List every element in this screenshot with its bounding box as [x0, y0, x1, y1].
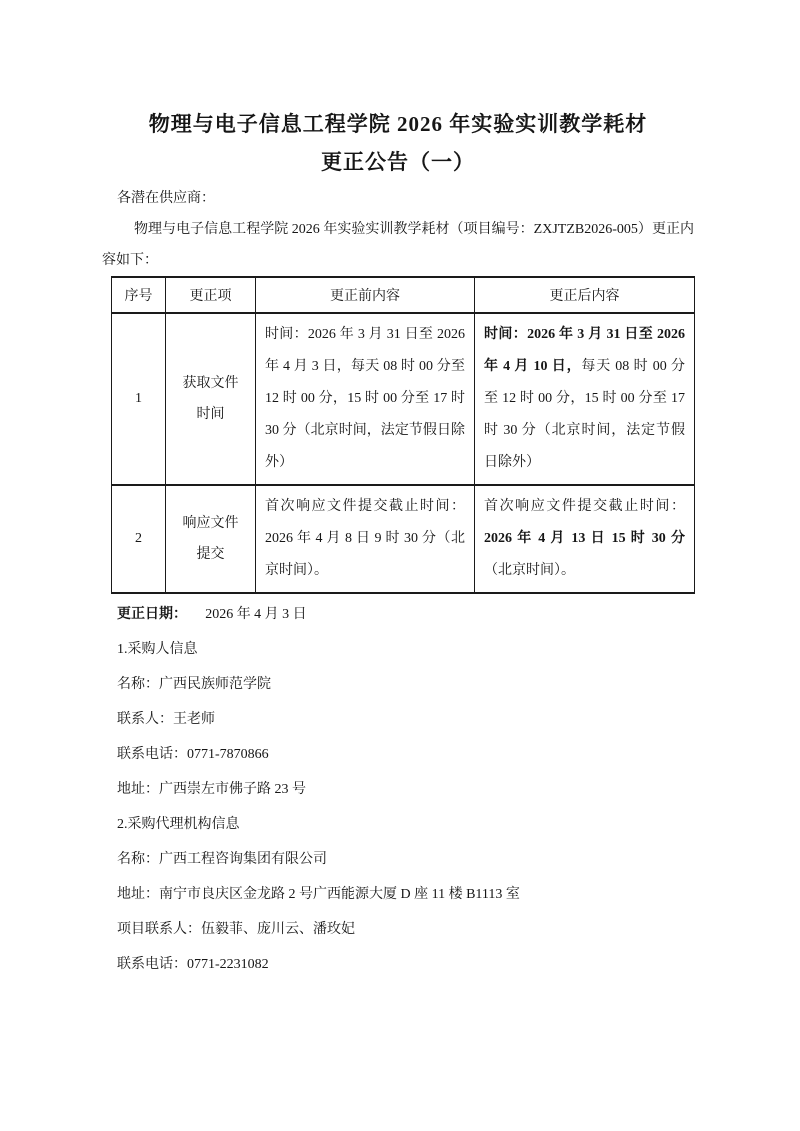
cell-item: 获取文件 时间 — [166, 313, 256, 485]
cell-item: 响应文件 提交 — [166, 485, 256, 593]
correction-date-line: 更正日期：2026 年 4 月 3 日 — [102, 597, 694, 632]
col-header-seq: 序号 — [112, 277, 166, 313]
buyer-section-heading: 1.采购人信息 — [102, 632, 694, 667]
col-header-item: 更正项 — [166, 277, 256, 313]
table-header-row: 序号 更正项 更正前内容 更正后内容 — [112, 277, 695, 313]
agency-section-heading: 2.采购代理机构信息 — [102, 807, 694, 842]
cell-after-prefix-text: 首次响应文件提交截止时间： — [484, 499, 685, 514]
cell-item-line1: 获取文件 — [168, 368, 253, 399]
agency-contact-persons: 项目联系人：伍毅菲、庞川云、潘玫妃 — [102, 912, 694, 947]
cell-after-rest-text: （北京时间）。 — [484, 563, 575, 578]
cell-after: 时间：2026 年 3 月 31 日至 2026 年 4 月 10 日，每天 0… — [475, 313, 695, 485]
buyer-phone: 联系电话：0771-7870866 — [102, 737, 694, 772]
agency-address: 地址：南宁市良庆区金龙路 2 号广西能源大厦 D 座 11 楼 B1113 室 — [102, 877, 694, 912]
document-page: 物理与电子信息工程学院 2026 年实验实训教学耗材 更正公告（一） 各潜在供应… — [0, 0, 800, 1131]
cell-item-line2: 时间 — [168, 399, 253, 430]
agency-name: 名称：广西工程咨询集团有限公司 — [102, 842, 694, 877]
buyer-address: 地址：广西崇左市佛子路 23 号 — [102, 772, 694, 807]
page-title: 物理与电子信息工程学院 2026 年实验实训教学耗材 更正公告（一） — [102, 105, 694, 181]
agency-phone: 联系电话：0771-2231082 — [102, 947, 694, 982]
salutation: 各潜在供应商： — [102, 183, 694, 214]
buyer-contact-person: 联系人：王老师 — [102, 702, 694, 737]
cell-after-rest-text: 每天 08 时 00 分至 12 时 00 分，15 时 00 分至 17 时 … — [484, 359, 685, 470]
col-header-before: 更正前内容 — [256, 277, 475, 313]
cell-after-changed-text: 2026 年 4 月 13 日 15 时 30 分 — [484, 531, 685, 546]
cell-item-line2: 提交 — [168, 539, 253, 570]
page-title-line1: 物理与电子信息工程学院 2026 年实验实训教学耗材 — [102, 105, 694, 143]
contact-info-block: 1.采购人信息 名称：广西民族师范学院 联系人：王老师 联系电话：0771-78… — [102, 632, 694, 982]
correction-date-value: 2026 年 4 月 3 日 — [205, 607, 307, 622]
correction-table: 序号 更正项 更正前内容 更正后内容 1 获取文件 时间 时间：2026 年 3… — [111, 276, 695, 594]
cell-seq: 1 — [112, 313, 166, 485]
table-row: 1 获取文件 时间 时间：2026 年 3 月 31 日至 2026 年 4 月… — [112, 313, 695, 485]
page-title-line2: 更正公告（一） — [102, 143, 694, 181]
cell-before: 首次响应文件提交截止时间：2026 年 4 月 8 日 9 时 30 分（北京时… — [256, 485, 475, 593]
cell-seq: 2 — [112, 485, 166, 593]
cell-before: 时间：2026 年 3 月 31 日至 2026 年 4 月 3 日，每天 08… — [256, 313, 475, 485]
cell-item-line1: 响应文件 — [168, 508, 253, 539]
correction-date-label: 更正日期： — [117, 607, 187, 622]
buyer-name: 名称：广西民族师范学院 — [102, 667, 694, 702]
intro-paragraph: 物理与电子信息工程学院 2026 年实验实训教学耗材（项目编号：ZXJTZB20… — [102, 214, 694, 276]
cell-after: 首次响应文件提交截止时间：2026 年 4 月 13 日 15 时 30 分（北… — [475, 485, 695, 593]
table-row: 2 响应文件 提交 首次响应文件提交截止时间：2026 年 4 月 8 日 9 … — [112, 485, 695, 593]
col-header-after: 更正后内容 — [475, 277, 695, 313]
